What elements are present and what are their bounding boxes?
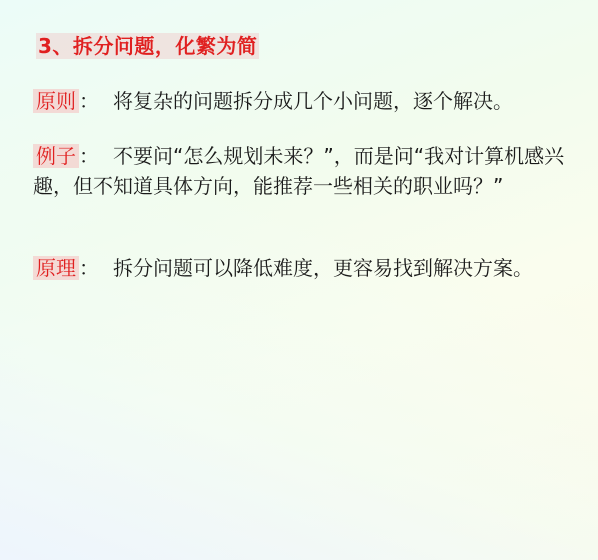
- section-heading: 3、拆分问题，化繁为简: [36, 33, 259, 59]
- example-paragraph: 例子：不要问“怎么规划未来？”，而是问“我对计算机感兴趣，但不知道具体方向，能推…: [33, 141, 573, 201]
- rationale-paragraph: 原理：拆分问题可以降低难度，更容易找到解决方案。: [33, 253, 573, 283]
- principle-colon: ：: [79, 89, 99, 113]
- rationale-colon: ：: [79, 256, 99, 280]
- example-label: 例子: [33, 144, 79, 168]
- example-colon: ：: [79, 144, 99, 168]
- example-text: 不要问“怎么规划未来？”，而是问“我对计算机感兴趣，但不知道具体方向，能推荐一些…: [33, 144, 564, 198]
- rationale-label: 原理: [33, 256, 79, 280]
- principle-text: 将复杂的问题拆分成几个小问题，逐个解决。: [113, 89, 513, 113]
- principle-paragraph: 原则：将复杂的问题拆分成几个小问题，逐个解决。: [33, 86, 573, 116]
- principle-label: 原则: [33, 89, 79, 113]
- rationale-text: 拆分问题可以降低难度，更容易找到解决方案。: [113, 256, 533, 280]
